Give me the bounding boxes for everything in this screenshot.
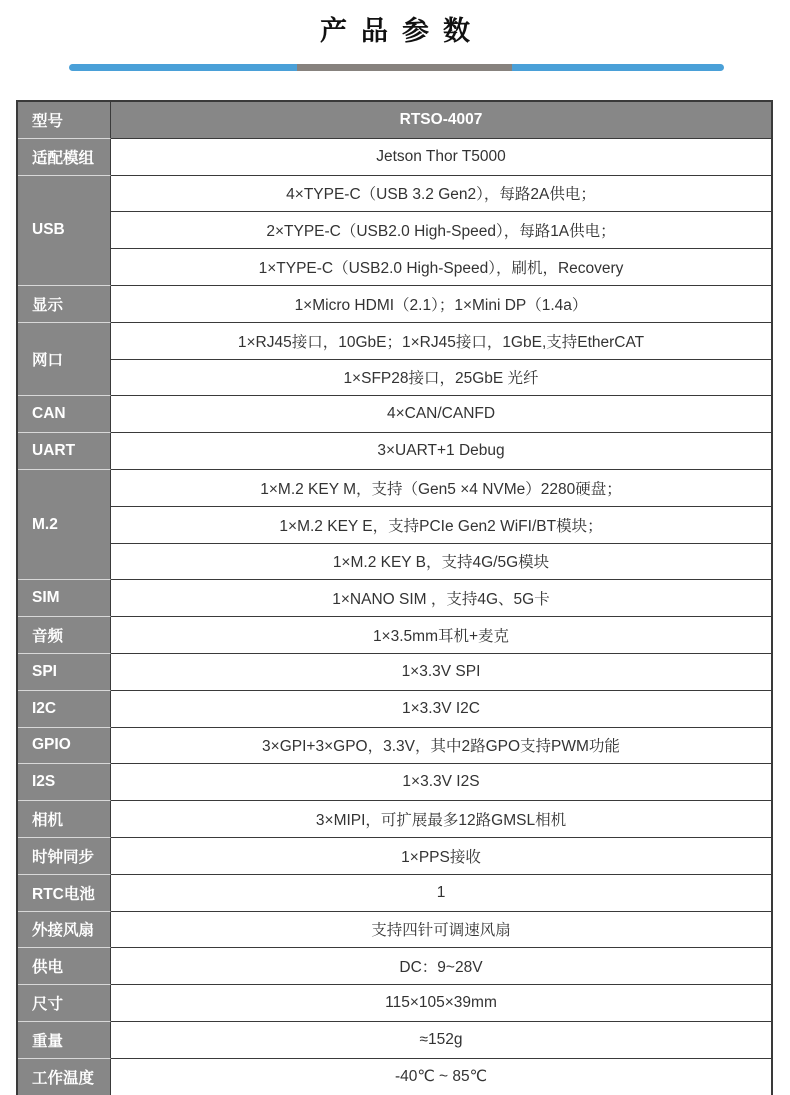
spec-row-label: 工作温度 bbox=[18, 1059, 111, 1095]
table-row: 工作温度-40℃ ~ 85℃ bbox=[18, 1059, 771, 1095]
table-row: 重量≈152g bbox=[18, 1022, 771, 1059]
spec-value-cell: -40℃ ~ 85℃ bbox=[111, 1059, 771, 1095]
table-row: 外接风扇支持四针可调速风扇 bbox=[18, 912, 771, 949]
table-row: I2C1×3.3V I2C bbox=[18, 691, 771, 728]
table-row: I2S1×3.3V I2S bbox=[18, 764, 771, 801]
spec-value-cell: 3×GPI+3×GPO，3.3V，其中2路GPO支持PWM功能 bbox=[111, 728, 771, 765]
spec-value-cell: 2×TYPE-C（USB2.0 High-Speed），每路1A供电； bbox=[111, 212, 771, 249]
spec-row-label: I2C bbox=[18, 691, 111, 728]
table-row: 2×TYPE-C（USB2.0 High-Speed），每路1A供电； bbox=[18, 212, 771, 249]
spec-value-cell: 1×Micro HDMI（2.1）；1×Mini DP（1.4a） bbox=[111, 286, 771, 323]
table-row: CAN4×CAN/CANFD bbox=[18, 396, 771, 433]
spec-row-label: 网口 bbox=[18, 323, 111, 397]
spec-value-cell: 3×UART+1 Debug bbox=[111, 433, 771, 470]
spec-row-label: SPI bbox=[18, 654, 111, 691]
table-row: SPI1×3.3V SPI bbox=[18, 654, 771, 691]
table-row: M.21×M.2 KEY M，支持（Gen5 ×4 NVMe）2280硬盘； bbox=[18, 470, 771, 507]
spec-table: 型号RTSO-4007适配模组Jetson Thor T5000USB4×TYP… bbox=[16, 100, 773, 1095]
spec-value-cell: 1×SFP28接口，25GbE 光纤 bbox=[111, 360, 771, 397]
table-row: USB4×TYPE-C（USB 3.2 Gen2），每路2A供电； bbox=[18, 176, 771, 213]
table-row: 音频1×3.5mm耳机+麦克 bbox=[18, 617, 771, 654]
spec-value-cell: 1×3.5mm耳机+麦克 bbox=[111, 617, 771, 654]
spec-row-label: GPIO bbox=[18, 728, 111, 765]
spec-value-cell: 1×TYPE-C（USB2.0 High-Speed），刷机，Recovery bbox=[111, 249, 771, 286]
spec-value-cell: 支持四针可调速风扇 bbox=[111, 912, 771, 949]
product-spec-page: 产品参数 型号RTSO-4007适配模组Jetson Thor T5000USB… bbox=[0, 0, 790, 1095]
spec-row-label: 显示 bbox=[18, 286, 111, 323]
divider-segment-gray bbox=[297, 64, 512, 71]
spec-row-label: SIM bbox=[18, 580, 111, 617]
spec-row-label: 时钟同步 bbox=[18, 838, 111, 875]
spec-value-cell: 1×3.3V I2C bbox=[111, 691, 771, 728]
spec-value-cell: 1×RJ45接口，10GbE；1×RJ45接口，1GbE,支持EtherCAT bbox=[111, 323, 771, 360]
divider-segment-blue-right bbox=[512, 64, 724, 71]
spec-value-cell: ≈152g bbox=[111, 1022, 771, 1059]
spec-value-cell: 1×NANO SIM ，支持4G、5G卡 bbox=[111, 580, 771, 617]
table-row: 相机3×MIPI，可扩展最多12路GMSL相机 bbox=[18, 801, 771, 838]
spec-row-label: USB bbox=[18, 176, 111, 286]
table-row: 尺寸115×105×39mm bbox=[18, 985, 771, 1022]
spec-table-body: 型号RTSO-4007适配模组Jetson Thor T5000USB4×TYP… bbox=[18, 102, 771, 1095]
spec-value-cell: 4×TYPE-C（USB 3.2 Gen2），每路2A供电； bbox=[111, 176, 771, 213]
spec-row-label: 型号 bbox=[18, 102, 111, 139]
spec-row-label: 外接风扇 bbox=[18, 912, 111, 949]
spec-row-label: 供电 bbox=[18, 948, 111, 985]
table-row: GPIO3×GPI+3×GPO，3.3V，其中2路GPO支持PWM功能 bbox=[18, 728, 771, 765]
spec-value-cell: DC：9~28V bbox=[111, 948, 771, 985]
table-row: 显示1×Micro HDMI（2.1）；1×Mini DP（1.4a） bbox=[18, 286, 771, 323]
table-row: 1×SFP28接口，25GbE 光纤 bbox=[18, 360, 771, 397]
table-row: RTC电池1 bbox=[18, 875, 771, 912]
spec-row-label: M.2 bbox=[18, 470, 111, 580]
spec-value-cell: 1×3.3V SPI bbox=[111, 654, 771, 691]
divider-segment-blue-left bbox=[69, 64, 297, 71]
spec-value-cell: 1×M.2 KEY E，支持PCIe Gen2 WiFI/BT模块； bbox=[111, 507, 771, 544]
table-row: SIM1×NANO SIM ，支持4G、5G卡 bbox=[18, 580, 771, 617]
table-row: 网口1×RJ45接口，10GbE；1×RJ45接口，1GbE,支持EtherCA… bbox=[18, 323, 771, 360]
spec-row-label: 相机 bbox=[18, 801, 111, 838]
spec-value-cell: 3×MIPI，可扩展最多12路GMSL相机 bbox=[111, 801, 771, 838]
spec-value-cell: 1×PPS接收 bbox=[111, 838, 771, 875]
spec-value-cell: 4×CAN/CANFD bbox=[111, 396, 771, 433]
spec-row-label: 音频 bbox=[18, 617, 111, 654]
table-row: 1×M.2 KEY E，支持PCIe Gen2 WiFI/BT模块； bbox=[18, 507, 771, 544]
spec-value-cell: 115×105×39mm bbox=[111, 985, 771, 1022]
spec-value-cell: 1×M.2 KEY M，支持（Gen5 ×4 NVMe）2280硬盘； bbox=[111, 470, 771, 507]
model-value-cell: RTSO-4007 bbox=[111, 102, 771, 139]
spec-row-label: 重量 bbox=[18, 1022, 111, 1059]
table-row: 供电DC：9~28V bbox=[18, 948, 771, 985]
table-row: 型号RTSO-4007 bbox=[18, 102, 771, 139]
title-divider-bar bbox=[69, 64, 724, 71]
spec-value-cell: 1×3.3V I2S bbox=[111, 764, 771, 801]
table-row: 时钟同步1×PPS接收 bbox=[18, 838, 771, 875]
table-row: 1×M.2 KEY B，支持4G/5G模块 bbox=[18, 544, 771, 581]
spec-row-label: UART bbox=[18, 433, 111, 470]
spec-value-cell: Jetson Thor T5000 bbox=[111, 139, 771, 176]
spec-row-label: CAN bbox=[18, 396, 111, 433]
page-title: 产品参数 bbox=[0, 0, 790, 48]
spec-row-label: RTC电池 bbox=[18, 875, 111, 912]
table-row: UART3×UART+1 Debug bbox=[18, 433, 771, 470]
spec-value-cell: 1 bbox=[111, 875, 771, 912]
table-row: 1×TYPE-C（USB2.0 High-Speed），刷机，Recovery bbox=[18, 249, 771, 286]
table-row: 适配模组Jetson Thor T5000 bbox=[18, 139, 771, 176]
spec-row-label: 尺寸 bbox=[18, 985, 111, 1022]
spec-value-cell: 1×M.2 KEY B，支持4G/5G模块 bbox=[111, 544, 771, 581]
spec-row-label: I2S bbox=[18, 764, 111, 801]
spec-row-label: 适配模组 bbox=[18, 139, 111, 176]
